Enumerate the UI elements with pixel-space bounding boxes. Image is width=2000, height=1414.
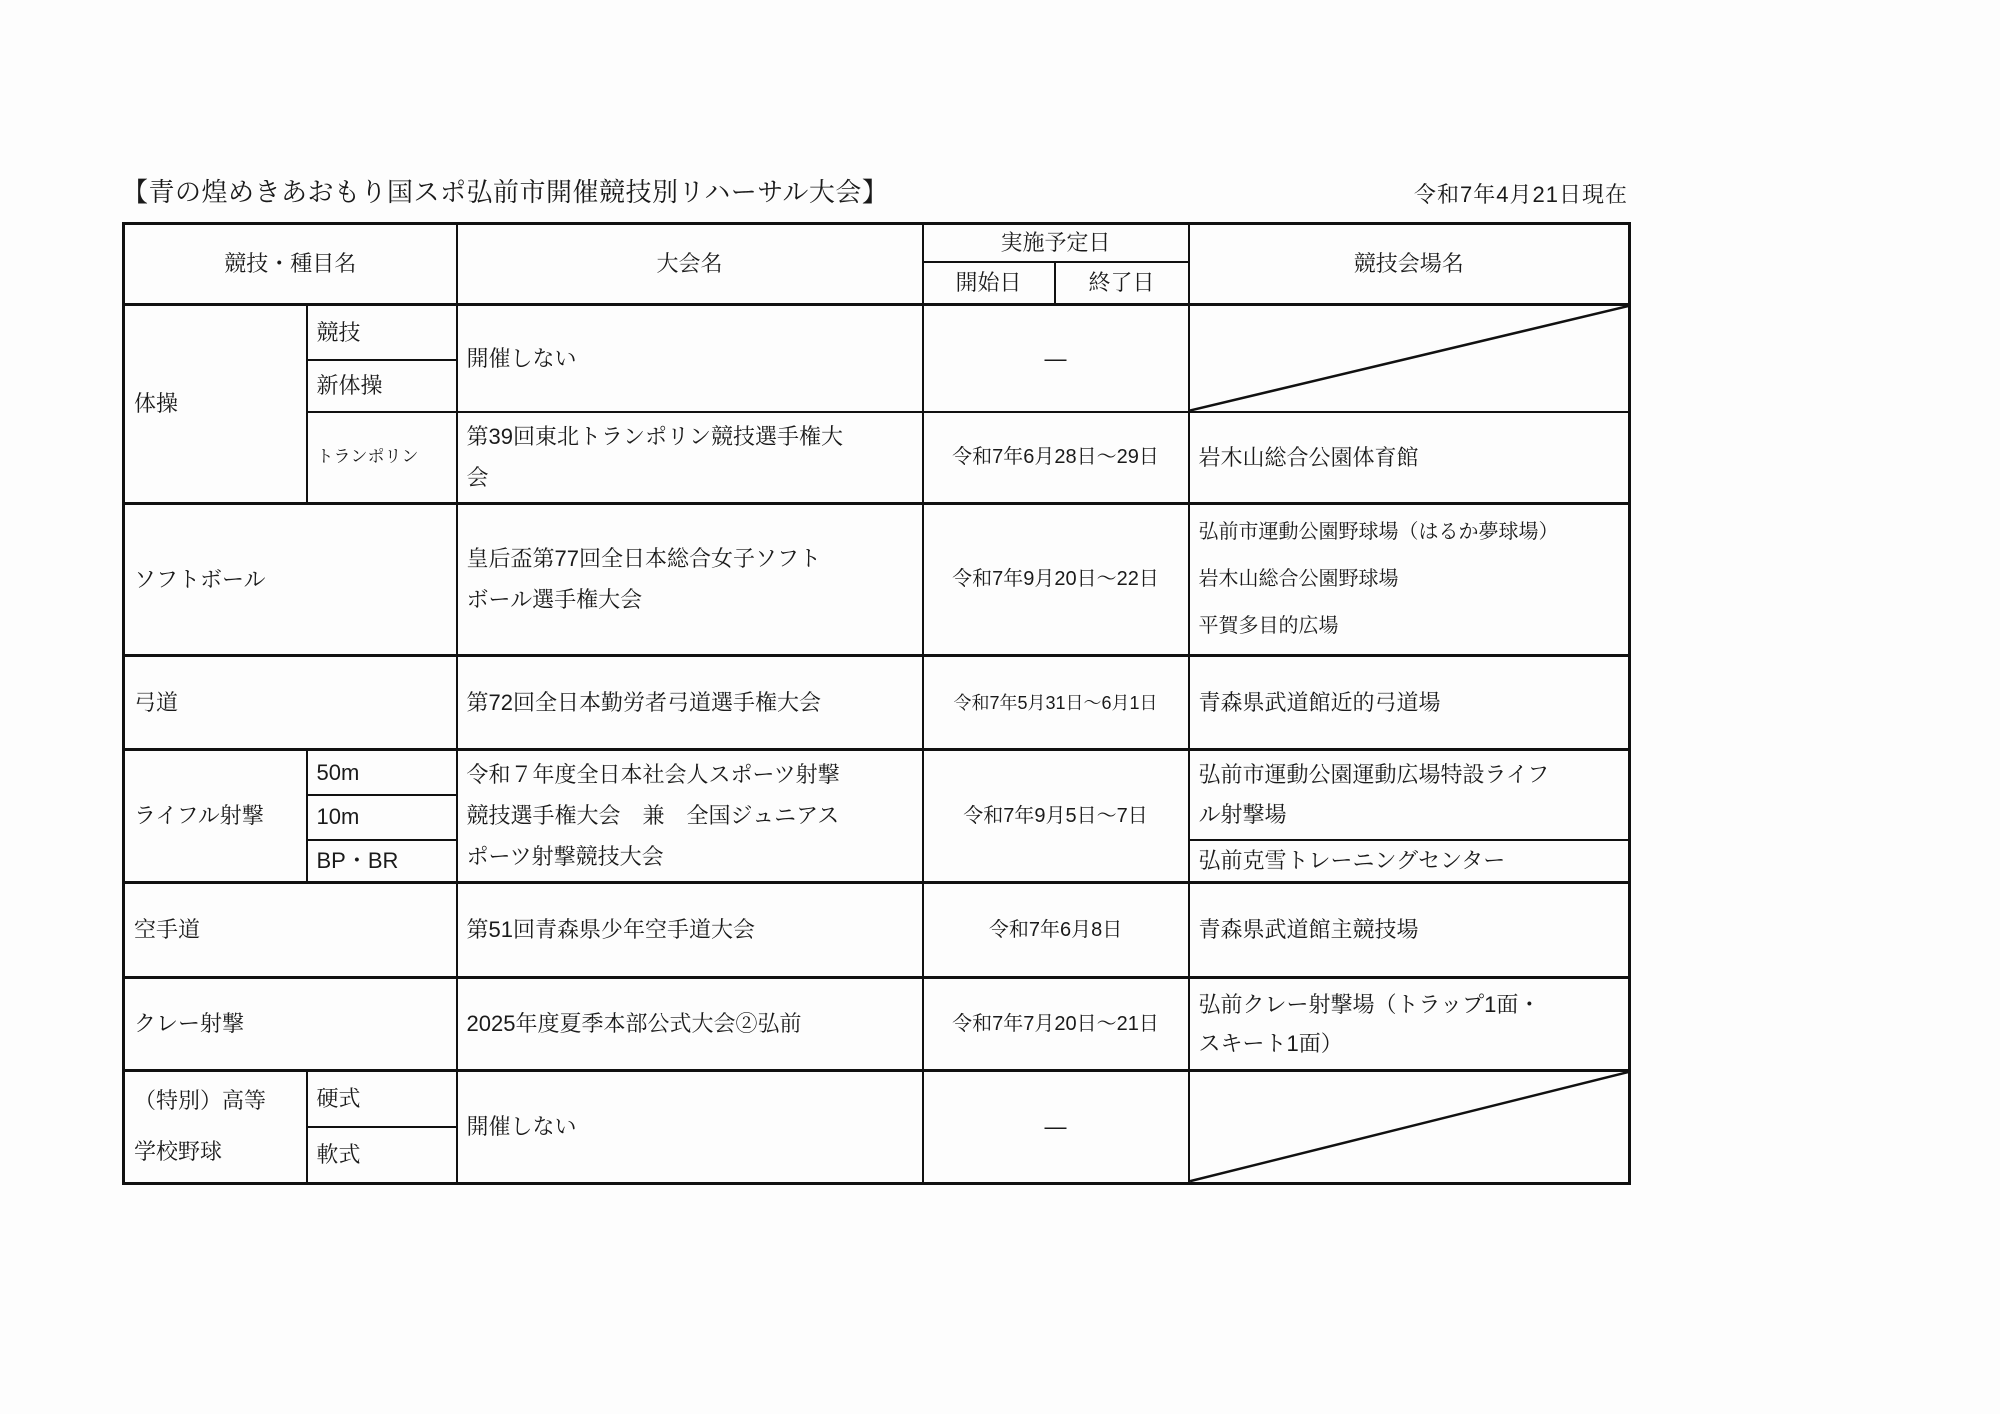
table-row: ソフトボール 皇后盃第77回全日本総合女子ソフト ボール選手権大会 令和7年9月… bbox=[124, 504, 1630, 656]
sport-karate: 空手道 bbox=[124, 883, 457, 978]
document-page: 【青の煌めきあおもり国スポ弘前市開催競技別リハーサル大会】 令和7年4月21日現… bbox=[0, 0, 2000, 1414]
kyudo-venue: 青森県武道館近的弓道場 bbox=[1189, 656, 1630, 750]
karate-date: 令和7年6月8日 bbox=[923, 883, 1189, 978]
baseball-venue-diagonal-cell bbox=[1189, 1071, 1630, 1183]
gym-no-date: ― bbox=[923, 305, 1189, 412]
table-row: （特別）高等 学校野球 硬式 開催しない ― bbox=[124, 1071, 1630, 1128]
event-gym-rhythmic: 新体操 bbox=[307, 360, 457, 412]
table-row: 体操 競技 開催しない ― bbox=[124, 305, 1630, 360]
event-gym-artistic: 競技 bbox=[307, 305, 457, 360]
event-rifle-10m: 10m bbox=[307, 795, 457, 840]
title-bar: 【青の煌めきあおもり国スポ弘前市開催競技別リハーサル大会】 令和7年4月21日現… bbox=[122, 172, 1628, 209]
kyudo-date: 令和7年5月31日～6月1日 bbox=[923, 656, 1189, 750]
clay-tournament: 2025年度夏季本部公式大会②弘前 bbox=[457, 978, 923, 1071]
sport-rifle: ライフル射撃 bbox=[124, 750, 307, 883]
table-row: 空手道 第51回青森県少年空手道大会 令和7年6月8日 青森県武道館主競技場 bbox=[124, 883, 1630, 978]
clay-date: 令和7年7月20日～21日 bbox=[923, 978, 1189, 1071]
karate-venue: 青森県武道館主競技場 bbox=[1189, 883, 1630, 978]
softball-date: 令和7年9月20日～22日 bbox=[923, 504, 1189, 656]
event-rifle-bpbr: BP・BR bbox=[307, 840, 457, 883]
header-tournament: 大会名 bbox=[457, 224, 923, 305]
rifle-venue-1: 弘前市運動公園運動広場特設ライフ ル射撃場 bbox=[1189, 750, 1630, 840]
baseball-no-date: ― bbox=[923, 1071, 1189, 1183]
table-row: クレー射撃 2025年度夏季本部公式大会②弘前 令和7年7月20日～21日 弘前… bbox=[124, 978, 1630, 1071]
as-of-date: 令和7年4月21日現在 bbox=[1414, 178, 1628, 209]
softball-venues: 弘前市運動公園野球場（はるか夢球場） 岩木山総合公園野球場 平賀多目的広場 bbox=[1189, 504, 1630, 656]
trampoline-venue: 岩木山総合公園体育館 bbox=[1189, 412, 1630, 504]
gym-not-held: 開催しない bbox=[457, 305, 923, 412]
gym-venue-diagonal-cell bbox=[1189, 305, 1630, 412]
softball-venue-1: 弘前市運動公園野球場（はるか夢球場） bbox=[1199, 509, 1620, 556]
header-end-date: 終了日 bbox=[1055, 262, 1189, 305]
table-row: トランポリン 第39回東北トランポリン競技選手権大 会 令和7年6月28日～29… bbox=[124, 412, 1630, 504]
diagonal-strike-line bbox=[1190, 1072, 1629, 1181]
header-venue: 競技会場名 bbox=[1189, 224, 1630, 305]
header-start-date: 開始日 bbox=[923, 262, 1055, 305]
sport-gymnastics: 体操 bbox=[124, 305, 307, 504]
trampoline-tournament: 第39回東北トランポリン競技選手権大 会 bbox=[457, 412, 923, 504]
event-baseball-hardball: 硬式 bbox=[307, 1071, 457, 1128]
softball-tournament: 皇后盃第77回全日本総合女子ソフト ボール選手権大会 bbox=[457, 504, 923, 656]
table-row: ライフル射撃 50m 令和７年度全日本社会人スポーツ射撃 競技選手権大会 兼 全… bbox=[124, 750, 1630, 795]
sport-hs-baseball: （特別）高等 学校野球 bbox=[124, 1071, 307, 1183]
karate-tournament: 第51回青森県少年空手道大会 bbox=[457, 883, 923, 978]
sport-clay: クレー射撃 bbox=[124, 978, 457, 1071]
event-baseball-rubberball: 軟式 bbox=[307, 1127, 457, 1183]
header-schedule: 実施予定日 bbox=[923, 224, 1189, 262]
header-row-1: 競技・種目名 大会名 実施予定日 競技会場名 bbox=[124, 224, 1630, 262]
sport-softball: ソフトボール bbox=[124, 504, 457, 656]
softball-venue-2: 岩木山総合公園野球場 bbox=[1199, 556, 1620, 603]
table-row: 弓道 第72回全日本勤労者弓道選手権大会 令和7年5月31日～6月1日 青森県武… bbox=[124, 656, 1630, 750]
rifle-date: 令和7年9月5日～7日 bbox=[923, 750, 1189, 883]
page-title: 【青の煌めきあおもり国スポ弘前市開催競技別リハーサル大会】 bbox=[122, 172, 888, 209]
event-rifle-50m: 50m bbox=[307, 750, 457, 795]
rifle-tournament: 令和７年度全日本社会人スポーツ射撃 競技選手権大会 兼 全国ジュニアス ポーツ射… bbox=[457, 750, 923, 883]
baseball-not-held: 開催しない bbox=[457, 1071, 923, 1183]
trampoline-date: 令和7年6月28日～29日 bbox=[923, 412, 1189, 504]
softball-venue-3: 平賀多目的広場 bbox=[1199, 603, 1620, 650]
event-gym-trampoline: トランポリン bbox=[307, 412, 457, 504]
diagonal-strike-line bbox=[1190, 306, 1629, 411]
rifle-venue-2: 弘前克雪トレーニングセンター bbox=[1189, 840, 1630, 883]
clay-venue: 弘前クレー射撃場（トラップ1面・ スキート1面） bbox=[1189, 978, 1630, 1071]
sport-kyudo: 弓道 bbox=[124, 656, 457, 750]
header-sport: 競技・種目名 bbox=[124, 224, 457, 305]
kyudo-tournament: 第72回全日本勤労者弓道選手権大会 bbox=[457, 656, 923, 750]
rehearsal-schedule-table: 競技・種目名 大会名 実施予定日 競技会場名 開始日 終了日 体操 競技 開催し… bbox=[122, 222, 1631, 1185]
